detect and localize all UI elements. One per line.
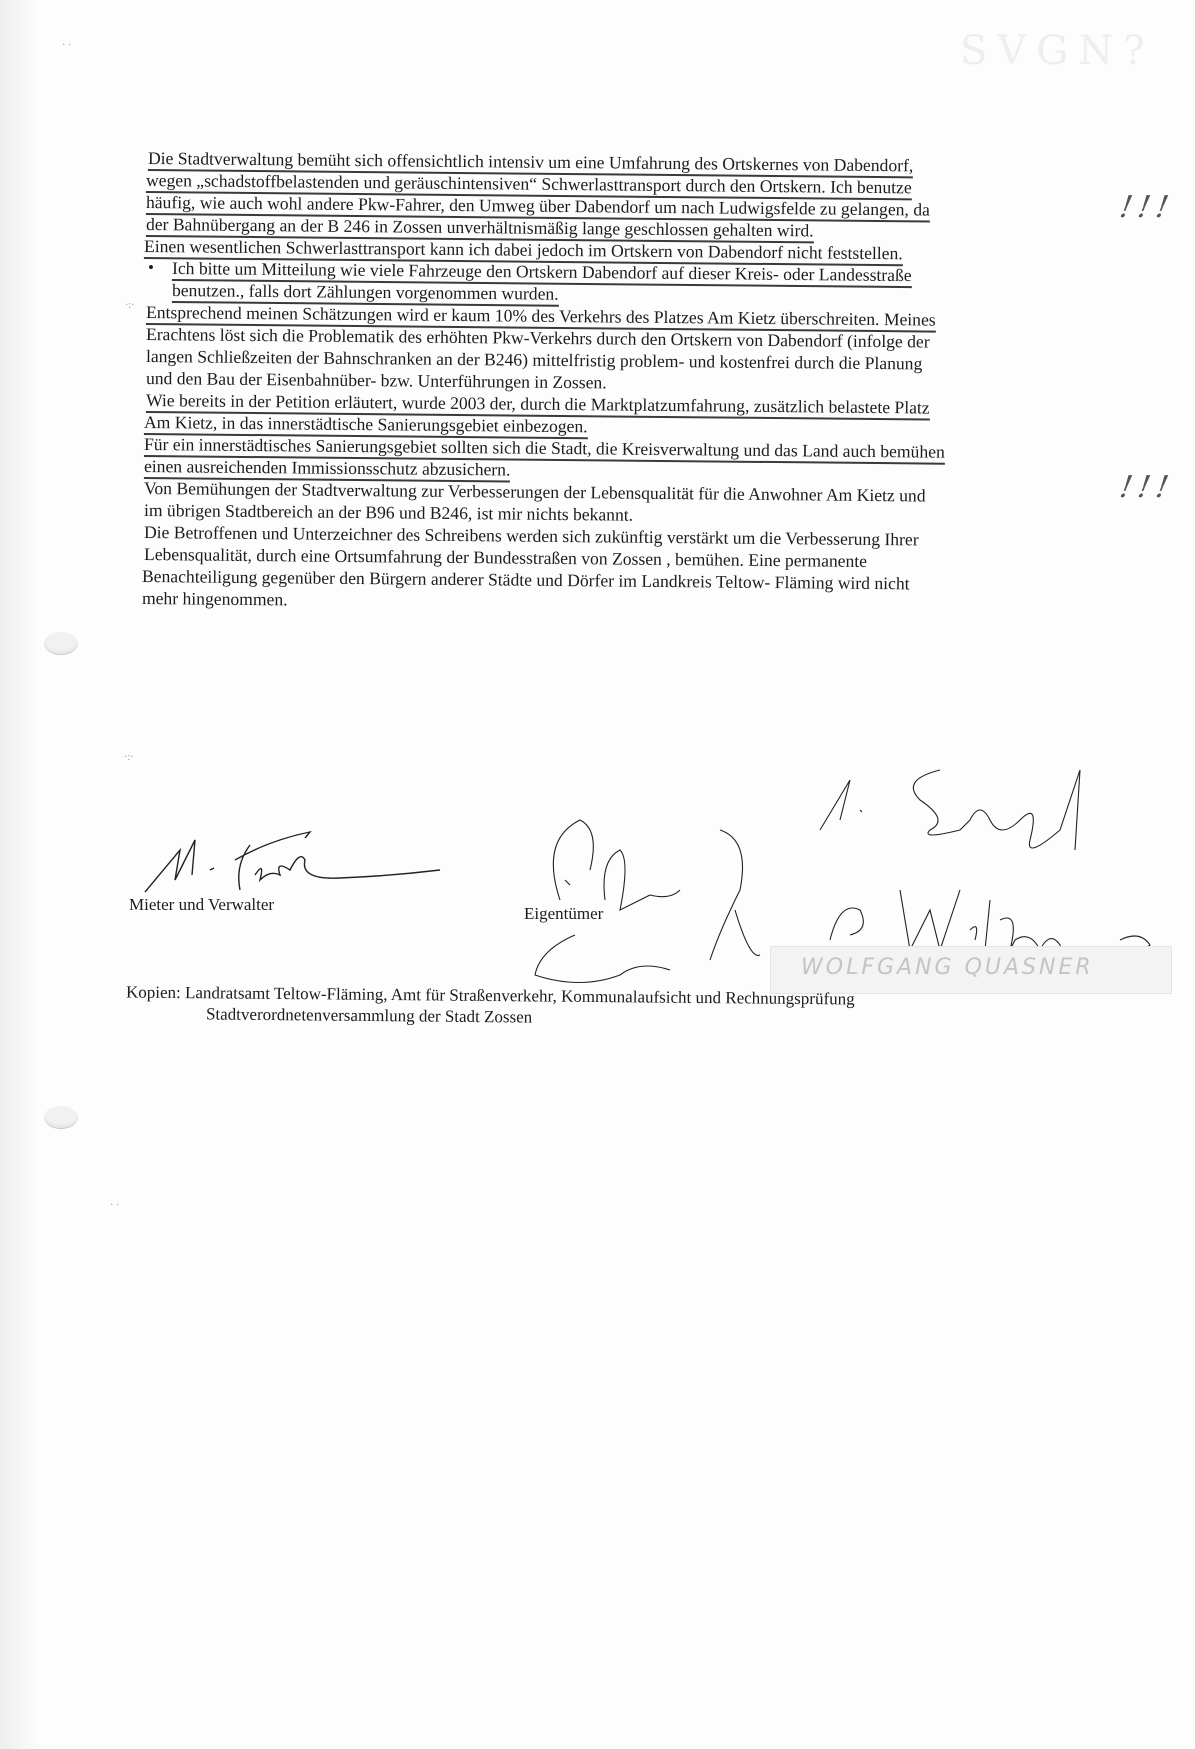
punch-hole-bottom: [44, 1106, 78, 1129]
handwritten-exclamation-marks: !!!: [1117, 470, 1177, 505]
scan-speck: ·:·: [125, 300, 134, 311]
copies-label: Kopien:: [126, 983, 181, 1003]
tenant-signature: [140, 820, 460, 900]
handwritten-exclamation-marks: !!!: [1117, 190, 1177, 225]
tenant-label: Mieter und Verwalter: [129, 895, 274, 915]
text-line: im übrigen Stadtbereich an der B96 und B…: [144, 500, 633, 525]
scan-speck: · ·: [62, 40, 71, 51]
name-stamp: WOLFGANG QUASNER: [770, 946, 1172, 994]
bullet-marker: •: [148, 258, 154, 278]
owner-label: Eigentümer: [524, 904, 603, 924]
scan-speck: · ·: [110, 1200, 119, 1211]
scan-speck: ·:·: [124, 752, 133, 763]
copies-line-2: Stadtverordnetenversammlung der Stadt Zo…: [206, 1004, 532, 1027]
stamp-text: WOLFGANG QUASNER: [801, 955, 1094, 980]
text-line: und den Bau der Eisenbahnüber- bzw. Unte…: [146, 368, 607, 392]
faint-header-mark: SVGN?: [960, 28, 1155, 74]
text-line: mehr hingenommen.: [142, 588, 288, 609]
punch-hole-top: [44, 632, 78, 655]
scan-edge-shadow: [0, 0, 38, 1749]
